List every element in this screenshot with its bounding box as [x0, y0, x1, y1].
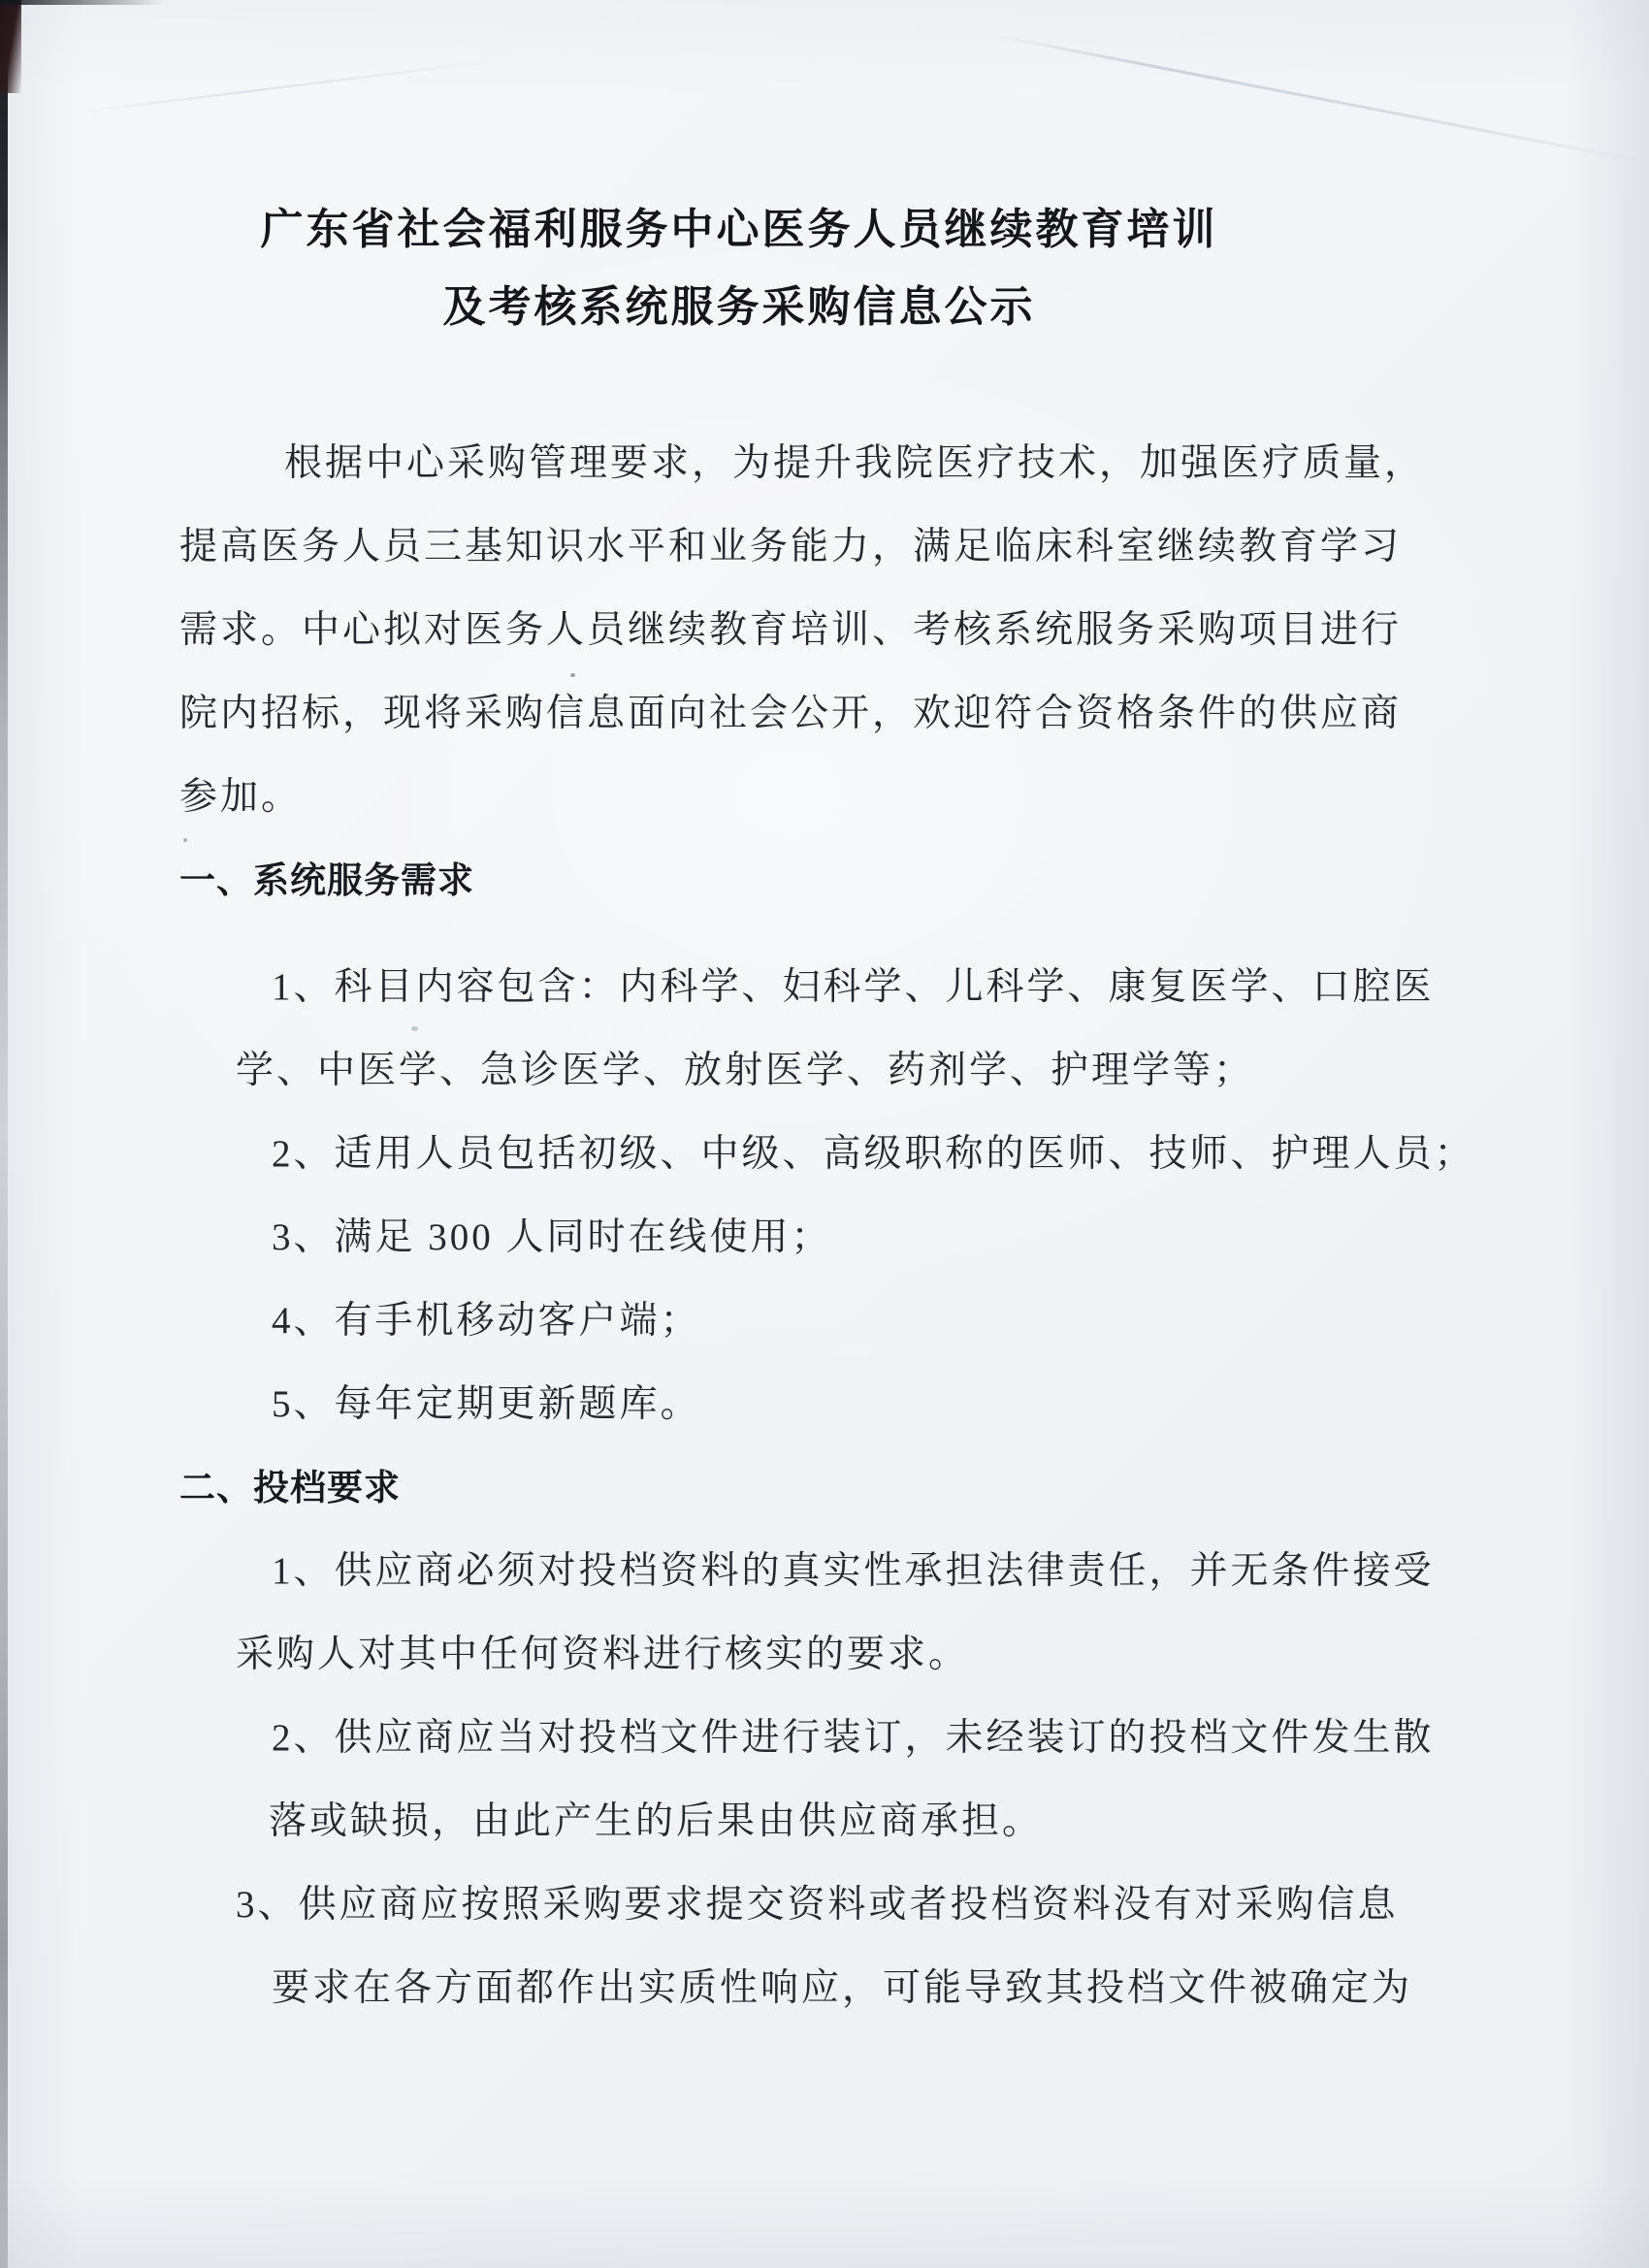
document-body: 根据中心采购管理要求，为提升我院医疗技术，加强医疗质量， 提高医务人员三基知识水…	[0, 0, 1649, 2268]
section-heading-2: 二、投档要求	[179, 1446, 1503, 1530]
list-item-line: 2、适用人员包括初级、中级、高级职称的医师、技师、护理人员；	[179, 1113, 1503, 1196]
list-item-line: 要求在各方面都作出实质性响应，可能导致其投档文件被确定为	[179, 1947, 1503, 2030]
scanned-document-page: 广东省社会福利服务中心医务人员继续教育培训 及考核系统服务采购信息公示 根据中心…	[0, 0, 1649, 2268]
section-2-list: 1、供应商必须对投档资料的真实性承担法律责任，并无条件接受 采购人对其中任何资料…	[179, 1530, 1503, 2030]
intro-line: 提高医务人员三基知识水平和业务能力，满足临床科室继续教育学习	[179, 505, 1503, 589]
list-item-line: 1、供应商必须对投档资料的真实性承担法律责任，并无条件接受	[179, 1530, 1503, 1613]
list-item-line: 采购人对其中任何资料进行核实的要求。	[179, 1613, 1503, 1697]
list-item-line: 5、每年定期更新题库。	[179, 1363, 1503, 1446]
list-item-line: 3、满足 300 人同时在线使用；	[179, 1196, 1503, 1280]
list-item-line: 学、中医学、急诊医学、放射医学、药剂学、护理学等；	[179, 1029, 1503, 1113]
list-item-line: 落或缺损，由此产生的后果由供应商承担。	[179, 1780, 1503, 1863]
intro-line: 院内招标，现将采购信息面向社会公开，欢迎符合资格条件的供应商	[179, 672, 1503, 756]
intro-line: 根据中心采购管理要求，为提升我院医疗技术，加强医疗质量，	[179, 422, 1503, 505]
intro-line: 需求。中心拟对医务人员继续教育培训、考核系统服务采购项目进行	[179, 589, 1503, 672]
section-heading-1: 一、系统服务需求	[179, 839, 1503, 923]
list-item-line: 2、供应商应当对投档文件进行装订，未经装订的投档文件发生散	[179, 1697, 1503, 1780]
intro-line: 参加。	[179, 756, 1503, 839]
list-item-line: 4、有手机移动客户端；	[179, 1280, 1503, 1363]
list-item-line: 1、科目内容包含：内科学、妇科学、儿科学、康复医学、口腔医	[179, 946, 1503, 1029]
list-item-line: 3、供应商应按照采购要求提交资料或者投档资料没有对采购信息	[179, 1863, 1503, 1947]
section-1-list: 1、科目内容包含：内科学、妇科学、儿科学、康复医学、口腔医 学、中医学、急诊医学…	[179, 946, 1503, 1446]
